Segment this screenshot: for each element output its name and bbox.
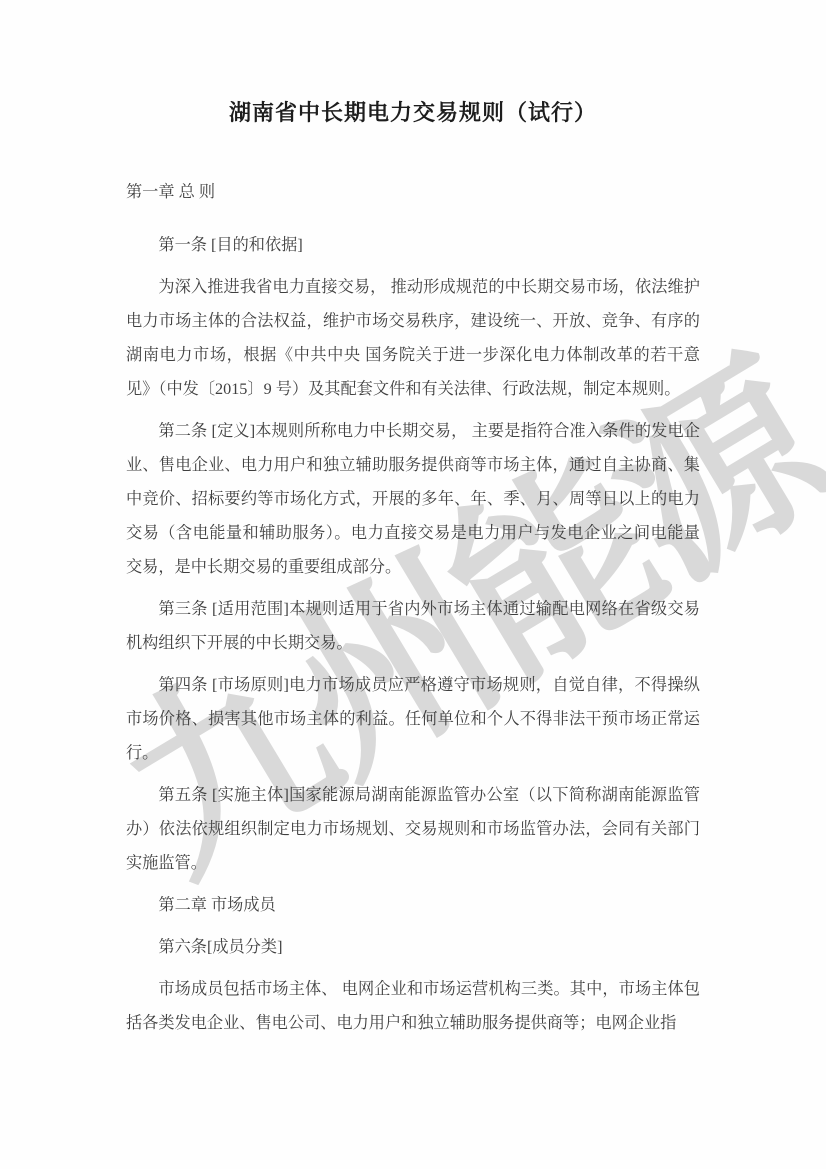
document-content: 湖南省中长期电力交易规则（试行） 第一章 总 则 第一条 [目的和依据] 为深入…	[0, 0, 826, 1040]
article-3-paragraph: 第三条 [适用范围]本规则适用于省内外市场主体通过输配电网络在省级交易机构组织下…	[126, 592, 700, 660]
article-6-paragraph: 市场成员包括市场主体、 电网企业和市场运营机构三类。其中，市场主体包括各类发电企…	[126, 972, 700, 1040]
chapter-2-heading: 第二章 市场成员	[126, 888, 700, 922]
article-5-paragraph: 第五条 [实施主体]国家能源局湖南能源监管办公室（以下简称湖南能源监管办）依法依…	[126, 778, 700, 880]
article-1-heading: 第一条 [目的和依据]	[126, 228, 700, 262]
document-page: 九州能源 湖南省中长期电力交易规则（试行） 第一章 总 则 第一条 [目的和依据…	[0, 0, 826, 1169]
article-4-paragraph: 第四条 [市场原则]电力市场成员应严格遵守市场规则，自觉自律，不得操纵市场价格、…	[126, 668, 700, 770]
article-1-paragraph: 为深入推进我省电力直接交易， 推动形成规范的中长期交易市场，依法维护电力市场主体…	[126, 270, 700, 406]
chapter-1-heading: 第一章 总 则	[126, 175, 700, 209]
article-2-paragraph: 第二条 [定义]本规则所称电力中长期交易， 主要是指符合准入条件的发电企业、售电…	[126, 414, 700, 584]
article-6-heading: 第六条[成员分类]	[126, 930, 700, 964]
document-title: 湖南省中长期电力交易规则（试行）	[126, 96, 700, 130]
